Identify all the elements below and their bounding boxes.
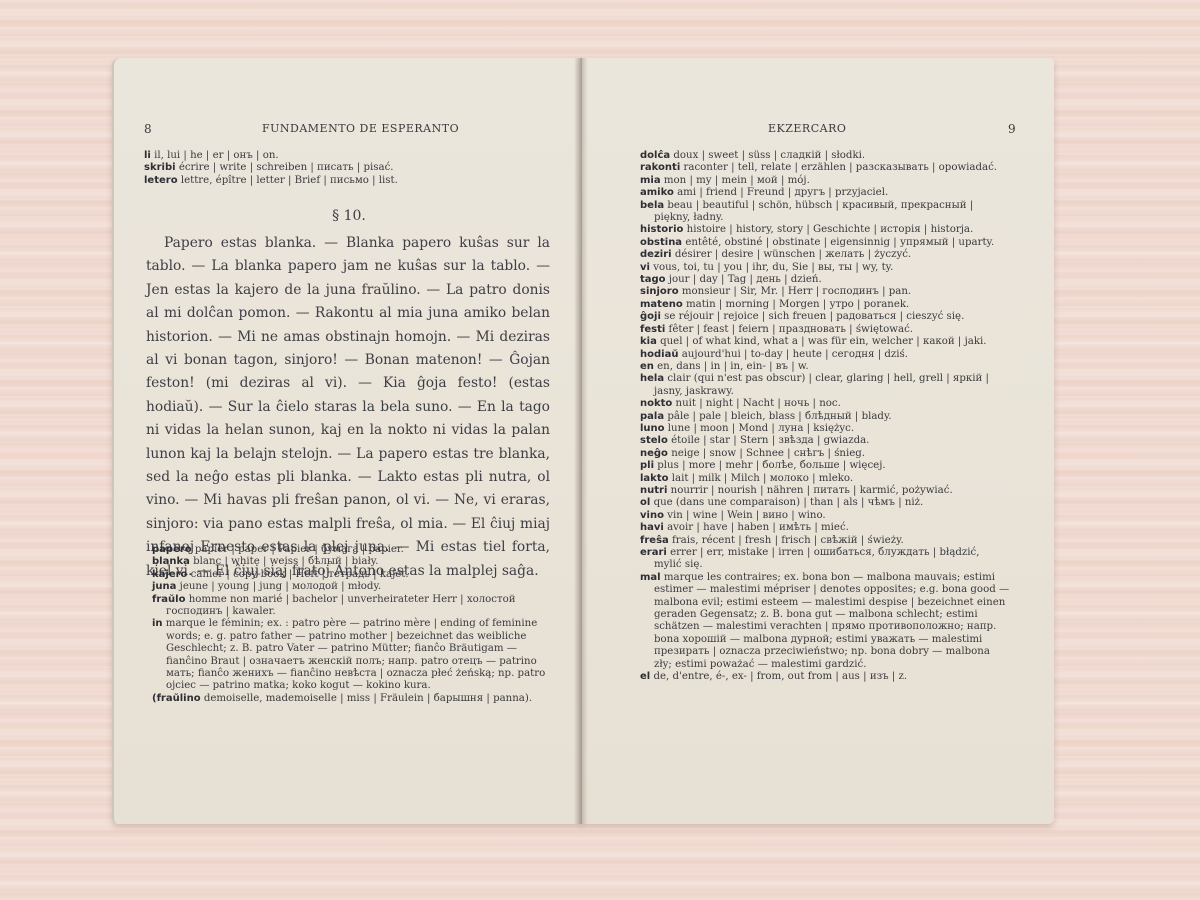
- glossary-entry: neĝo neige | snow | Schnee | снѣгъ | śni…: [640, 448, 1010, 460]
- glossary-entry: pli plus | more | mehr | болѣе, больше |…: [640, 460, 1010, 472]
- glossary-entry: fraŭlo homme non marié | bachelor | unve…: [152, 594, 552, 619]
- right-running-head: EKZERCARO: [768, 122, 846, 135]
- glossary-entry: nutri nourrir | nourish | nähren | питат…: [640, 485, 1010, 497]
- left-running-head: FUNDAMENTO DE ESPERANTO: [262, 122, 459, 135]
- glossary-entry: el de, d'entre, é-, ex- | from, out from…: [640, 671, 1010, 683]
- left-top-glossary: li il, lui | he | er | онъ | on. skribi …: [144, 150, 554, 187]
- glossary-entry: stelo étoile | star | Stern | звѣзда | g…: [640, 435, 1010, 447]
- right-page-number: 9: [1008, 122, 1016, 136]
- glossary-entry: havi avoir | have | haben | имѣть | mieć…: [640, 522, 1010, 534]
- left-page: 8 FUNDAMENTO DE ESPERANTO li il, lui | h…: [112, 58, 582, 824]
- glossary-entry: ĝoji se réjouir | rejoice | sich freuen …: [640, 311, 1010, 323]
- glossary-entry: rakonti raconter | tell, relate | erzähl…: [640, 162, 1010, 174]
- glossary-entry: pala pâle | pale | bleich, blass | блѣдн…: [640, 411, 1010, 423]
- exercise-text: Papero estas blanka. — Blanka papero kuŝ…: [146, 232, 550, 583]
- glossary-entry: vi vous, toi, tu | you | ihr, du, Sie | …: [640, 262, 1010, 274]
- glossary-entry: amiko ami | friend | Freund | другъ | pr…: [640, 187, 1010, 199]
- glossary-entry: papero papier | paper | Papier | бумага …: [152, 544, 552, 556]
- glossary-entry: li il, lui | he | er | онъ | on.: [144, 150, 554, 162]
- glossary-entry: nokto nuit | night | Nacht | ночь | noc.: [640, 398, 1010, 410]
- right-page: EKZERCARO 9 dolĉa doux | sweet | süss | …: [580, 58, 1054, 824]
- glossary-entry: mal marque les contraires; ex. bona bon …: [640, 572, 1010, 671]
- glossary-entry: lakto lait | milk | Milch | молоко | mle…: [640, 473, 1010, 485]
- glossary-entry: mia mon | my | mein | мой | mój.: [640, 175, 1010, 187]
- left-page-number: 8: [144, 122, 152, 136]
- section-number: § 10.: [144, 208, 554, 224]
- glossary-entry: letero lettre, épître | letter | Brief |…: [144, 175, 554, 187]
- glossary-entry: bela beau | beautiful | schön, hübsch | …: [640, 200, 1010, 225]
- glossary-entry: deziri désirer | desire | wünschen | жел…: [640, 249, 1010, 261]
- glossary-entry: juna jeune | young | jung | молодой | mł…: [152, 581, 552, 593]
- glossary-entry: freŝa frais, récent | fresh | frisch | с…: [640, 535, 1010, 547]
- glossary-entry: vino vin | wine | Wein | вино | wino.: [640, 510, 1010, 522]
- right-glossary: dolĉa doux | sweet | süss | сладкій | sł…: [640, 150, 1010, 683]
- glossary-entry: mateno matin | morning | Morgen | утро |…: [640, 299, 1010, 311]
- left-glossary: papero papier | paper | Papier | бумага …: [152, 544, 552, 705]
- glossary-entry: in marque le féminin; ex. : patro père —…: [152, 618, 552, 692]
- book-gutter: [574, 58, 588, 824]
- glossary-entry: kajero cahier | copy-book | Heft | тетра…: [152, 569, 552, 581]
- glossary-entry: luno lune | moon | Mond | луна | księżyc…: [640, 423, 1010, 435]
- glossary-entry: (fraŭlino demoiselle, mademoiselle | mis…: [152, 693, 552, 705]
- glossary-entry: dolĉa doux | sweet | süss | сладкій | sł…: [640, 150, 1010, 162]
- glossary-entry: tago jour | day | Tag | день | dzień.: [640, 274, 1010, 286]
- glossary-entry: kia quel | of what kind, what a | was fü…: [640, 336, 1010, 348]
- glossary-entry: hela clair (qui n'est pas obscur) | clea…: [640, 373, 1010, 398]
- glossary-entry: blanka blanc | white | weiss | бѣлый | b…: [152, 556, 552, 568]
- open-book: 8 FUNDAMENTO DE ESPERANTO li il, lui | h…: [112, 58, 1054, 824]
- glossary-entry: sinjoro monsieur | Sir, Mr. | Herr | гос…: [640, 286, 1010, 298]
- glossary-entry: obstina entêté, obstiné | obstinate | ei…: [640, 237, 1010, 249]
- glossary-entry: ol que (dans une comparaison) | than | a…: [640, 497, 1010, 509]
- glossary-entry: erari errer | err, mistake | irren | оши…: [640, 547, 1010, 572]
- glossary-entry: festi fêter | feast | feiern | празднова…: [640, 324, 1010, 336]
- glossary-entry: en en, dans | in | in, ein- | въ | w.: [640, 361, 1010, 373]
- glossary-entry: historio histoire | history, story | Ges…: [640, 224, 1010, 236]
- glossary-entry: skribi écrire | write | schreiben | писа…: [144, 162, 554, 174]
- glossary-entry: hodiaŭ aujourd'hui | to-day | heute | се…: [640, 349, 1010, 361]
